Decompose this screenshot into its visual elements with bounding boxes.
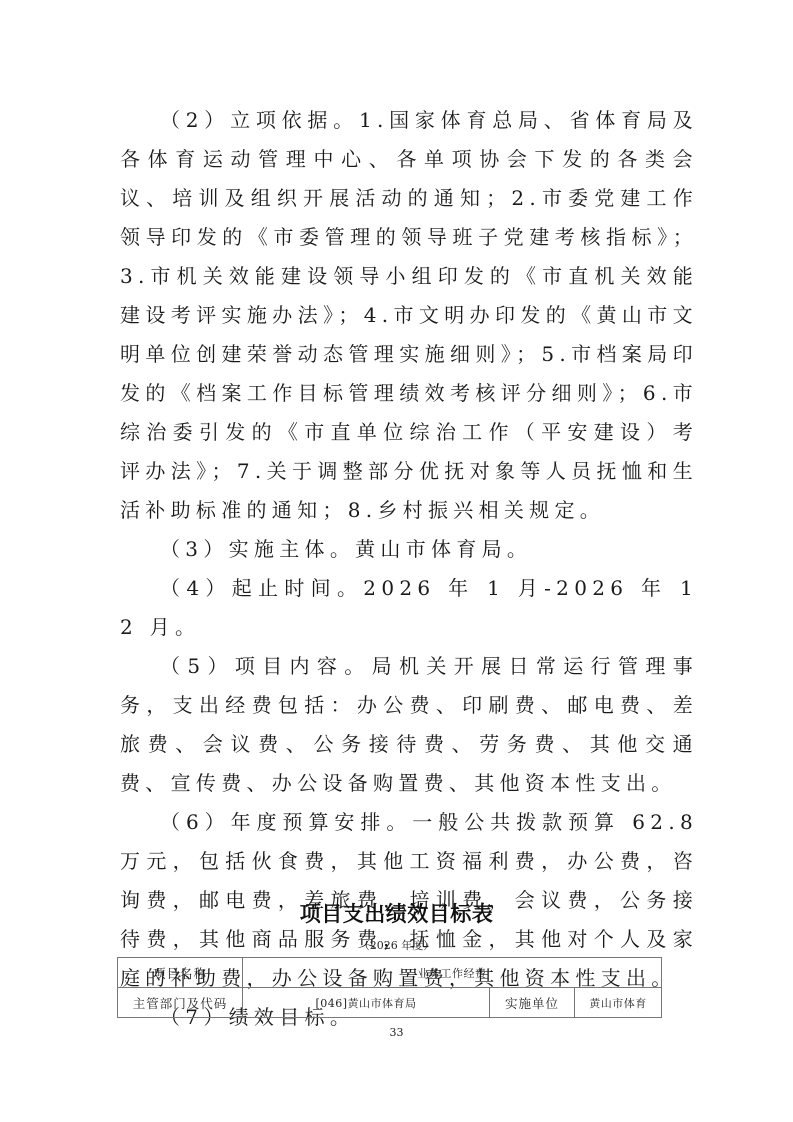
paragraph-period: （4）起止时间。2026 年 1 月-2026 年 12 月。 <box>120 569 698 647</box>
body-text: （2）立项依据。1.国家体育总局、省体育局及各体育运动管理中心、各单项协会下发的… <box>120 101 698 1037</box>
paragraph-implementer: （3）实施主体。黄山市体育局。 <box>120 530 698 569</box>
page-number: 33 <box>0 1026 793 1039</box>
implementing-unit-value: 黄山市体育 <box>575 988 662 1018</box>
project-name-value: 业务工作经费 <box>243 958 662 988</box>
paragraph-project-content: （5）项目内容。局机关开展日常运行管理事务，支出经费包括：办公费、印刷费、邮电费… <box>120 647 698 803</box>
table-subtitle: （2026 年度） <box>0 937 793 953</box>
department-code-label: 主管部门及代码 <box>118 988 243 1018</box>
performance-target-table: 项目名称 业务工作经费 主管部门及代码 [046]黄山市体育局 实施单位 黄山市… <box>117 957 662 1018</box>
paragraph-project-basis: （2）立项依据。1.国家体育总局、省体育局及各体育运动管理中心、各单项协会下发的… <box>120 101 698 530</box>
department-code-value: [046]黄山市体育局 <box>243 988 490 1018</box>
table-row: 项目名称 业务工作经费 <box>118 958 662 988</box>
project-name-label: 项目名称 <box>118 958 243 988</box>
implementing-unit-label: 实施单位 <box>490 988 575 1018</box>
table-row: 主管部门及代码 [046]黄山市体育局 实施单位 黄山市体育 <box>118 988 662 1018</box>
document-page: （2）立项依据。1.国家体育总局、省体育局及各体育运动管理中心、各单项协会下发的… <box>0 0 793 1122</box>
table-title: 项目支出绩效目标表 <box>0 898 793 928</box>
